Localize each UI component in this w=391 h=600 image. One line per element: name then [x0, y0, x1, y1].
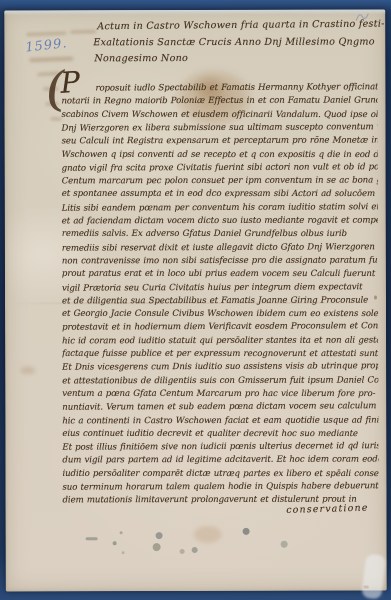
- paper-edge-chip: [361, 553, 386, 599]
- manuscript-line: Et post illius finitiōem sive non iudici…: [62, 440, 378, 454]
- heading-line-3: Nonagesimo Nono: [94, 53, 188, 64]
- manuscript-line: factaque fuisse publice et per expressum…: [62, 348, 378, 361]
- manuscript-line: remediis sibi reservat dixit et iuste al…: [62, 241, 378, 255]
- manuscript-line: suo terminum horarum talem qualem hodie …: [62, 480, 378, 494]
- manuscript-line: Litis sibi eandem pœnam per conventum hi…: [62, 201, 378, 215]
- ink-spot: [192, 547, 198, 553]
- ink-spot: [153, 543, 161, 551]
- manuscript-line: nuntiavit. Verum tamen et sub eadem pœna…: [62, 400, 378, 414]
- manuscript-line: prout paratus erat et in loco ubi prius …: [62, 268, 378, 281]
- manuscript-line: et spontanee assumpta et in eod dco expr…: [62, 188, 378, 201]
- manuscript-line: et ad faciendam dictam vocem dicto suo i…: [62, 215, 378, 229]
- manuscript-line: hic id coram eod iuditio statuit qui per…: [62, 334, 378, 348]
- ink-spot: [113, 541, 117, 545]
- manuscript-line: Wschowen q ipsi conventi ad se recepto e…: [62, 148, 378, 161]
- manuscript-line: protestavit et in hodiernum diem Verific…: [62, 321, 378, 335]
- manuscript-line: et attestationibus de diligentiis suis c…: [62, 374, 378, 388]
- manuscript-line: scabinos Civem Wschowen et eiusdem offic…: [62, 108, 378, 121]
- manuscript-line: vigil Prætoria seu Curia Civitatis huius…: [62, 281, 378, 295]
- manuscript-line: seu Calculi int Registra expensarum et p…: [62, 135, 378, 149]
- ink-spot: [180, 549, 185, 554]
- manuscript-line: notarii in Regno maiorib Poloniæ Effectu…: [61, 95, 377, 109]
- manuscript-line: Et Dnis vicesgerens cum Dnis iuditio suo…: [62, 360, 378, 374]
- ink-spot: [86, 537, 98, 540]
- ink-spot: [281, 541, 288, 548]
- paper-top-edge: [4, 10, 385, 16]
- manuscript-line: et de diligentia sua Spectabilibus et Fa…: [62, 294, 378, 308]
- manuscript-line: gnato vigil fra scita proxe Civitatis fu…: [62, 161, 378, 175]
- manuscript-body: roposuit iudlo Spectabilib et Famatis He…: [61, 82, 378, 535]
- manuscript-line: dum vigil pars partem ad id legitime adc…: [62, 454, 378, 468]
- manuscript-scan: 1599. Actum in Castro Wschowen fria quar…: [0, 0, 391, 600]
- manuscript-line: ventum a pœna Gfata Centum Marcarum pro …: [62, 388, 378, 401]
- manuscript-line: iuditio persōaliter comparēt dictæ utræq…: [62, 468, 378, 481]
- bleed-through-mark: [50, 117, 61, 120]
- manuscript-line: roposuit iudlo Spectabilib et Famatis He…: [95, 81, 377, 95]
- manuscript-page: 1599. Actum in Castro Wschowen fria quar…: [4, 10, 387, 592]
- manuscript-line: hic a continenti in Castro Wschowen faci…: [62, 414, 378, 428]
- heading-line-1: Actum in Castro Wschowen fria quarta in …: [97, 19, 384, 33]
- marginal-year-note: 1599.: [25, 36, 69, 55]
- manuscript-line: et Georgio Jacie Consule Civibus Wschowe…: [62, 308, 378, 321]
- heading-line-2: Exaltationis Sanctæ Crucis Anno Dnj Mill…: [93, 36, 374, 48]
- manuscript-line: eius continuet iuditio decrevit et quali…: [62, 428, 378, 441]
- faint-stain: [20, 366, 35, 374]
- bleed-through-mark: [29, 57, 73, 63]
- bleed-through-mark: [26, 32, 66, 36]
- manuscript-line: non contravenisse imo non sibi satisfeci…: [62, 254, 378, 268]
- ink-spot: [122, 551, 125, 554]
- manuscript-line: Dnj Wierzgoren ex libera submissione sua…: [62, 121, 378, 135]
- manuscript-line: Centum marcarum pec polon consuet per ip…: [62, 175, 378, 189]
- bleed-through-mark: [70, 30, 96, 34]
- manuscript-line: remediis salvis. Ex adverso Gfatus Danie…: [62, 228, 378, 241]
